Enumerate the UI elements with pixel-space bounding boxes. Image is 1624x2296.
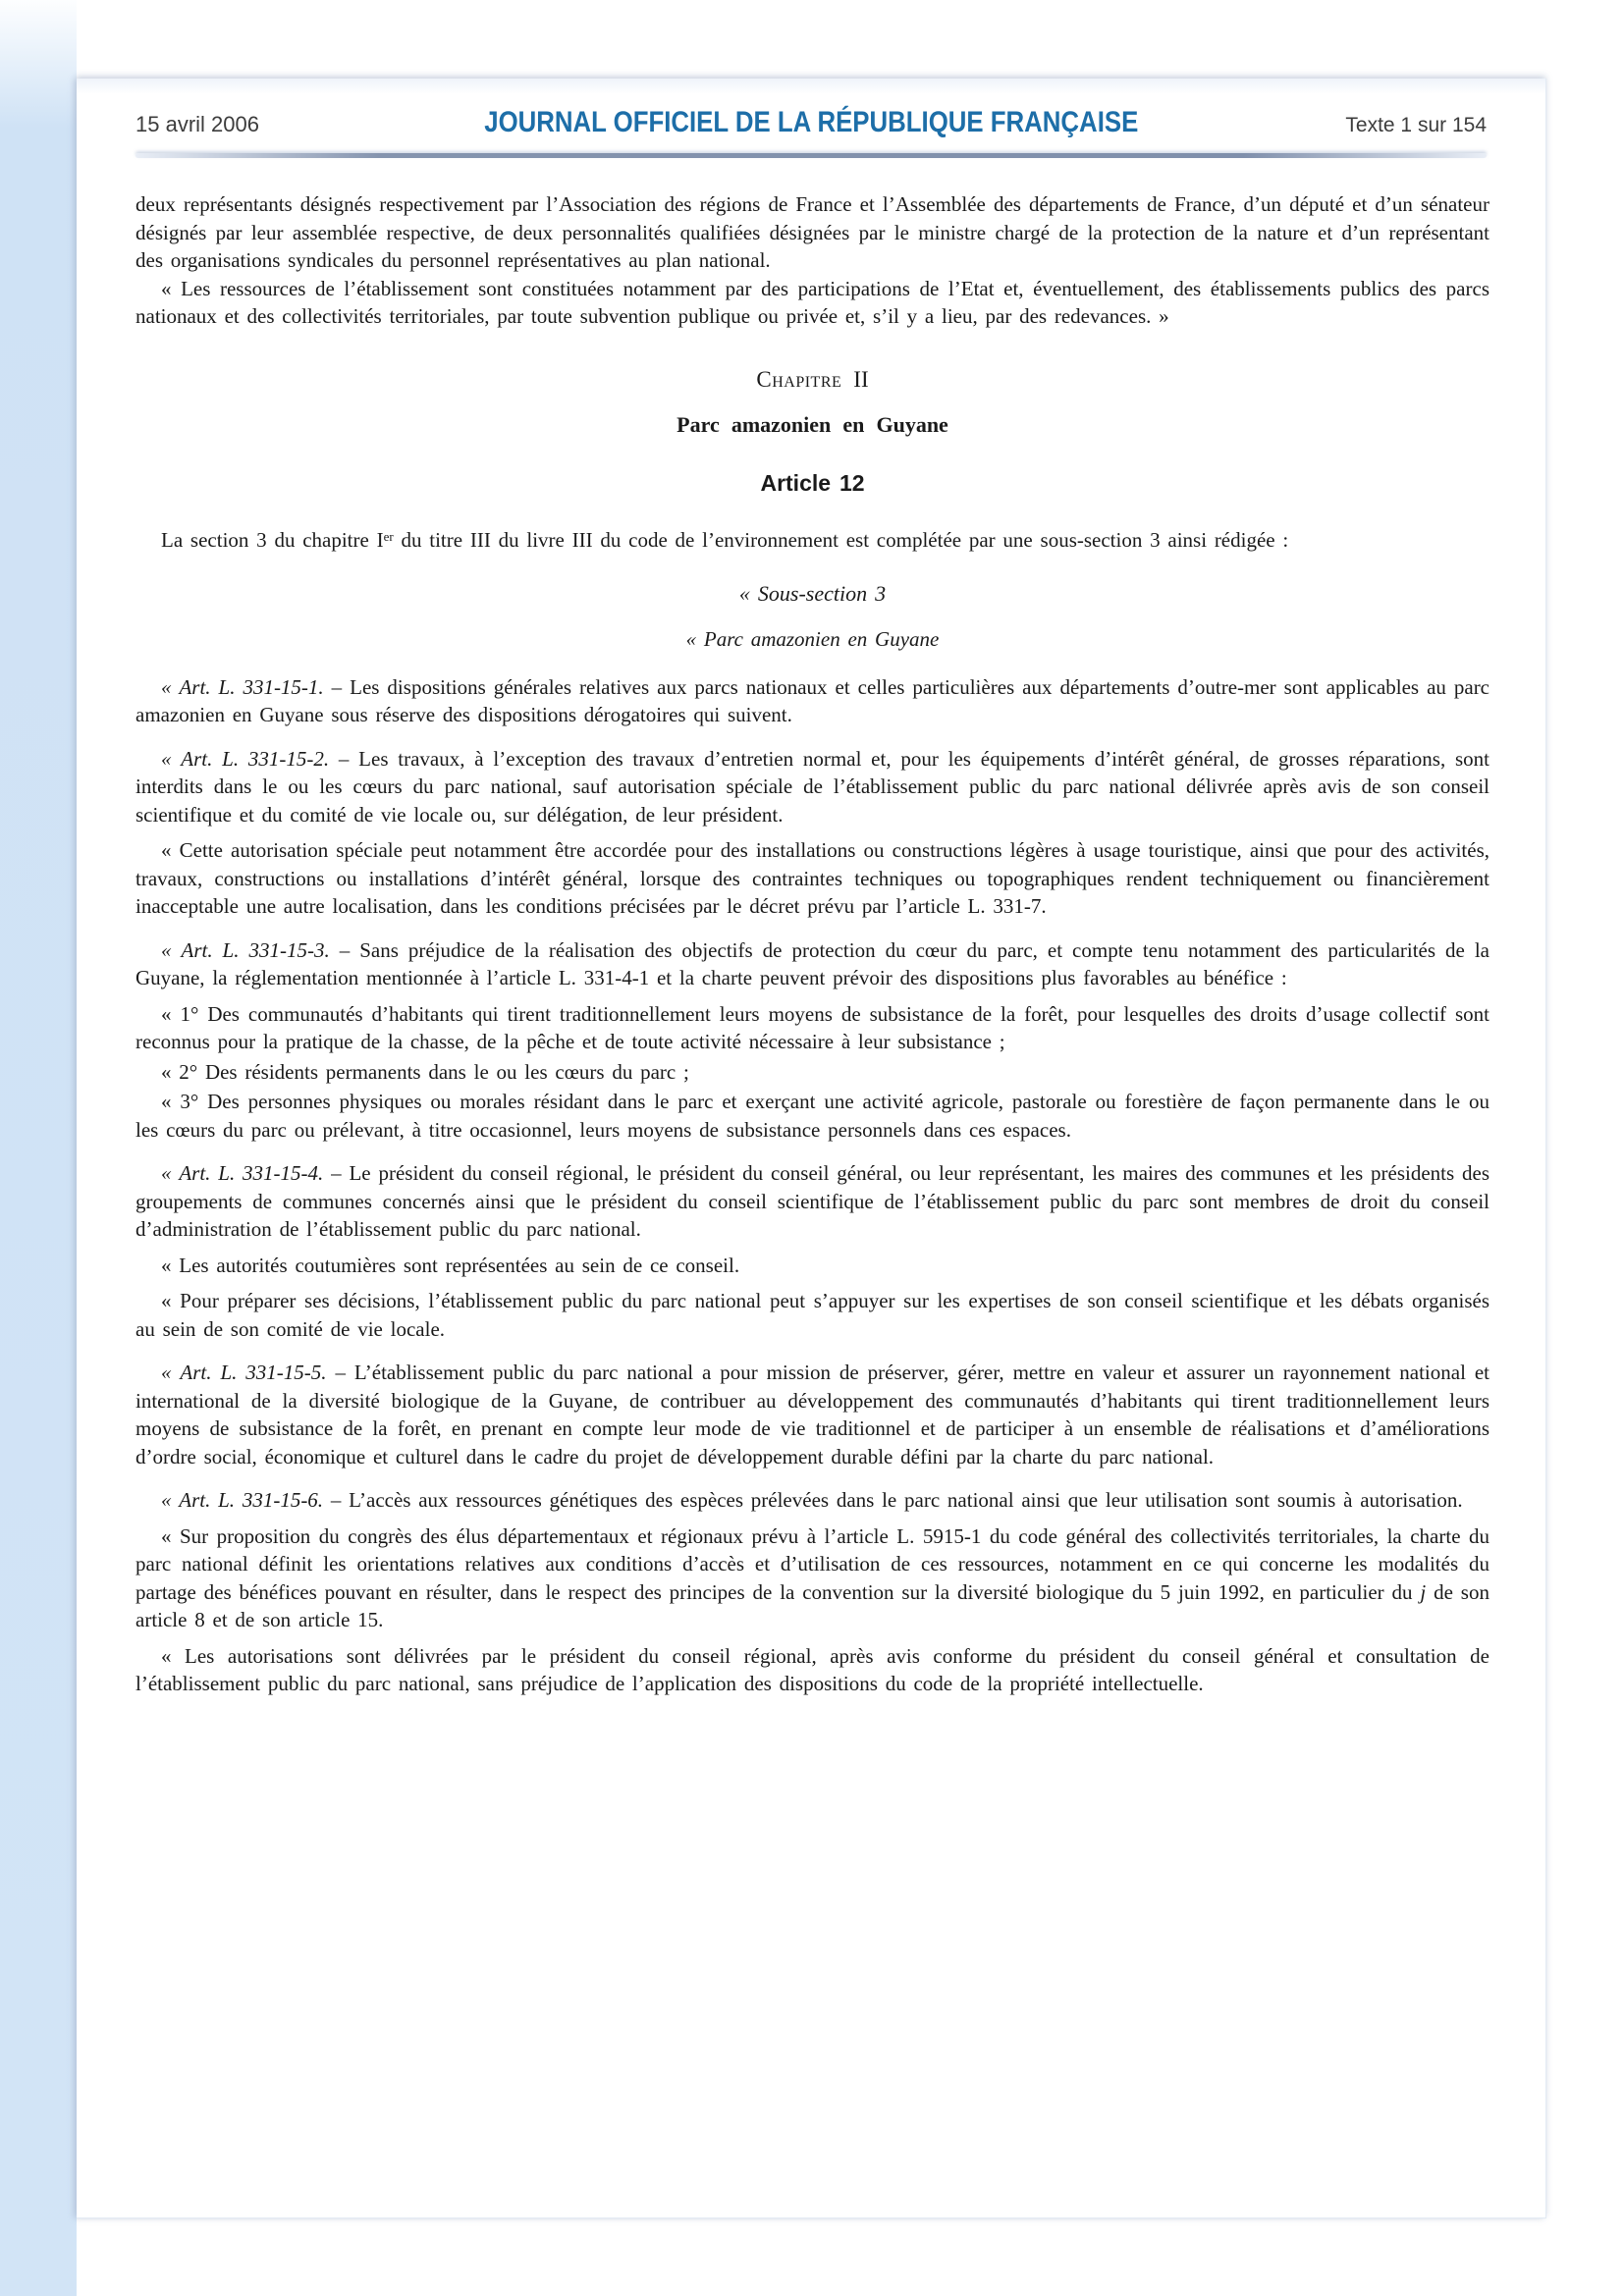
article-paragraph-331-15-2: « Art. L. 331-15-2. – Les travaux, à l’e… — [135, 745, 1489, 829]
article-ref: « Art. L. 331-15-3. — [161, 938, 330, 962]
background-gradient-strip — [0, 0, 77, 2296]
article-paragraph-331-15-3: « Art. L. 331-15-3. – Sans préjudice de … — [135, 936, 1489, 992]
article-text: – Le président du conseil régional, le p… — [135, 1161, 1489, 1241]
article-ref: « Art. L. 331-15-4. — [161, 1161, 323, 1185]
intro-text-before: La section 3 du chapitre I — [161, 528, 384, 552]
paragraph-preparer-decisions: « Pour préparer ses décisions, l’établis… — [135, 1287, 1489, 1343]
chapter-label: Chapitre — [756, 367, 841, 392]
viewer-background: { "header": { "date": "15 avril 2006", "… — [0, 0, 1624, 2296]
article-text: – Les dispositions générales relatives a… — [135, 675, 1489, 727]
journal-title-text: JOURNAL OFFICIEL DE LA RÉPUBLIQUE FRANÇA… — [484, 106, 1138, 139]
subsection-heading: « Sous-section 3 — [135, 580, 1489, 609]
paragraph-text-before: « Sur proposition du congrès des élus dé… — [135, 1524, 1489, 1604]
ordinal-superscript: er — [384, 529, 394, 544]
list-item-2: « 2° Des résidents permanents dans le ou… — [135, 1058, 1489, 1087]
article-ref: « Art. L. 331-15-5. — [161, 1361, 327, 1384]
paragraph-autorisations-delivrees: « Les autorisations sont délivrées par l… — [135, 1642, 1489, 1698]
journal-page: 15 avril 2006 JOURNAL OFFICIEL DE LA RÉP… — [77, 79, 1546, 2218]
article-paragraph-331-15-6: « Art. L. 331-15-6. – L’accès aux ressou… — [135, 1486, 1489, 1515]
article-text: – L’accès aux ressources génétiques des … — [323, 1488, 1463, 1512]
journal-title: JOURNAL OFFICIEL DE LA RÉPUBLIQUE FRANÇA… — [356, 106, 1266, 139]
article-ref: « Art. L. 331-15-1. — [161, 675, 324, 699]
chapter-title: Parc amazonien en Guyane — [135, 411, 1489, 440]
article-text: – Les travaux, à l’exception des travaux… — [135, 747, 1489, 827]
header-page-info: Texte 1 sur 154 — [1266, 114, 1487, 137]
paragraph-sur-proposition: « Sur proposition du congrès des élus dé… — [135, 1522, 1489, 1634]
article-paragraph-331-15-1: « Art. L. 331-15-1. – Les dispositions g… — [135, 673, 1489, 729]
article-text: – L’établissement public du parc nationa… — [135, 1361, 1489, 1468]
intro-text-after: du titre III du livre III du code de l’e… — [394, 528, 1289, 552]
article-heading: Article 12 — [135, 469, 1489, 498]
article-paragraph-331-15-5: « Art. L. 331-15-5. – L’établissement pu… — [135, 1359, 1489, 1470]
intro-paragraph: La section 3 du chapitre Ier du titre II… — [135, 526, 1489, 555]
page-header: 15 avril 2006 JOURNAL OFFICIEL DE LA RÉP… — [77, 79, 1545, 139]
article-ref: « Art. L. 331-15-6. — [161, 1488, 323, 1512]
list-item-3: « 3° Des personnes physiques ou morales … — [135, 1088, 1489, 1144]
article-ref: « Art. L. 331-15-2. — [161, 747, 329, 771]
article-paragraph-331-15-4: « Art. L. 331-15-4. – Le président du co… — [135, 1159, 1489, 1244]
header-date: 15 avril 2006 — [135, 112, 356, 137]
paragraph-autorisation-speciale: « Cette autorisation spéciale peut notam… — [135, 836, 1489, 921]
document-body: deux représentants désignés respectiveme… — [77, 158, 1545, 1734]
chapter-heading: ChapitreII — [135, 366, 1489, 395]
chapter-numeral: II — [853, 367, 868, 392]
paragraph-ressources: « Les ressources de l’établissement sont… — [135, 275, 1489, 331]
article-text: – Sans préjudice de la réalisation des o… — [135, 938, 1489, 990]
paragraph-continuation: deux représentants désignés respectiveme… — [135, 190, 1489, 275]
list-item-1: « 1° Des communautés d’habitants qui tir… — [135, 1000, 1489, 1056]
paragraph-autorites-coutumieres: « Les autorités coutumières sont représe… — [135, 1252, 1489, 1280]
subsection-title: « Parc amazonien en Guyane — [135, 625, 1489, 654]
